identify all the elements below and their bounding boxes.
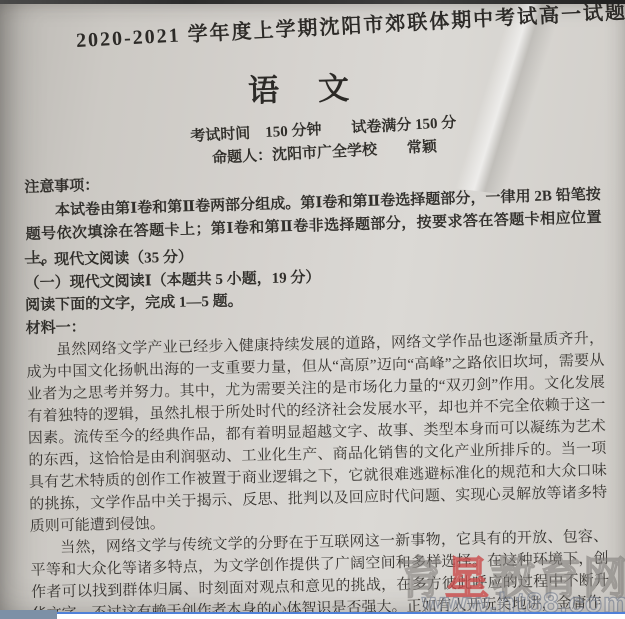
- passage-section: 一、现代文阅读（35 分） （一）现代文阅读Ⅰ（本题共 5 小题，19 分） 阅…: [24, 238, 610, 619]
- passage-paragraph-1: 虽然网络文学产业已经步入健康持续发展的道路，网络文学作品也逐渐量质齐升，成为中国…: [26, 328, 608, 538]
- passage-paragraph-2: 当然，网络文学与传统文学的分野在于互联网这一新事物，它具有的开放、包容、平等和大…: [30, 526, 610, 619]
- exam-title: 2020-2021 学年度上学期沈阳市郊联体期中考试高一试题: [75, 0, 625, 53]
- subject-title: 语 文: [0, 56, 601, 117]
- bottom-ui-fragment: [0, 610, 57, 619]
- bottom-edge-bar: [57, 612, 625, 619]
- scanned-exam-photo: 2020-2021 学年度上学期沈阳市郊联体期中考试高一试题 语 文 考试时间 …: [0, 0, 625, 619]
- photo-top-edge: [0, 0, 625, 4]
- exam-paper: 2020-2021 学年度上学期沈阳市郊联体期中考试高一试题 语 文 考试时间 …: [0, 0, 625, 619]
